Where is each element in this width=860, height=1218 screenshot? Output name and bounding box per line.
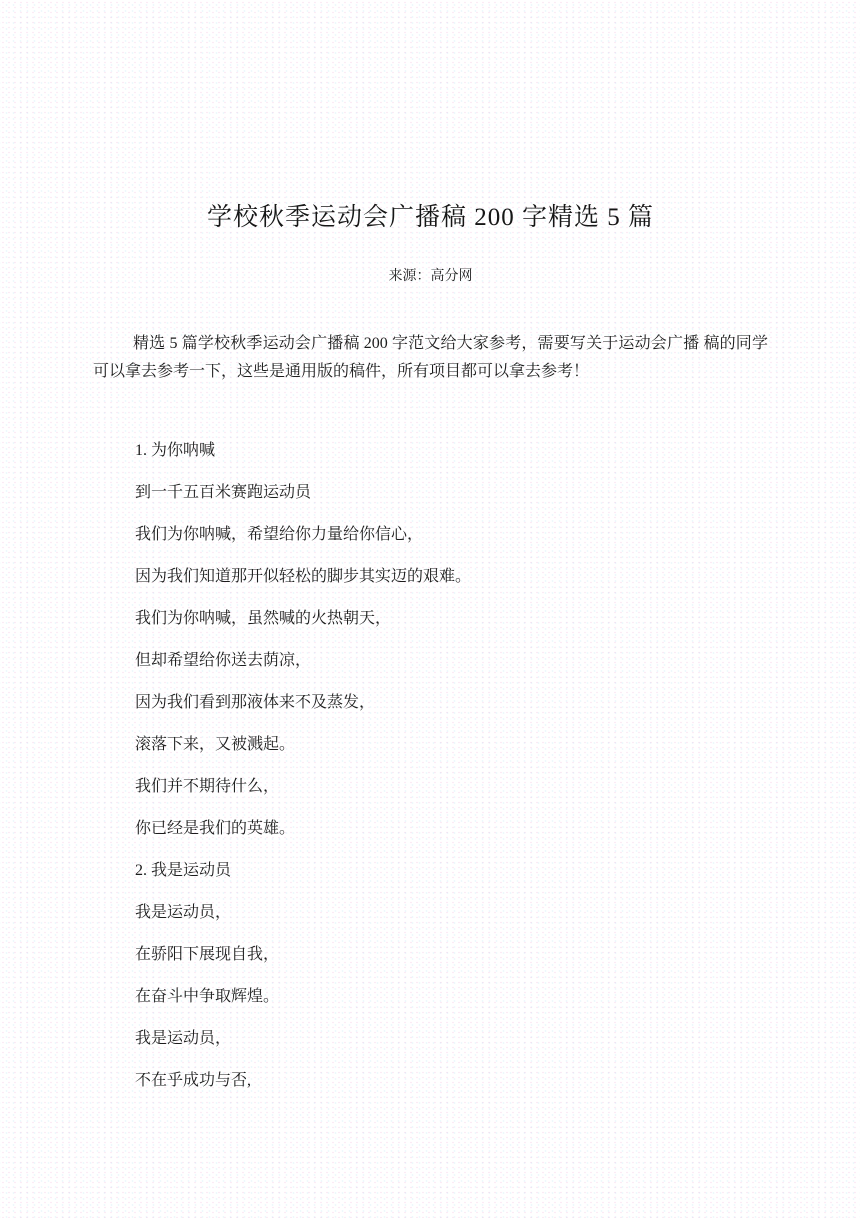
body-line: 到一千五百米赛跑运动员 bbox=[93, 485, 768, 501]
source-line: 来源：高分网 bbox=[93, 269, 768, 285]
body-line: 滚落下来，又被溅起。 bbox=[93, 737, 768, 753]
body-line: 你已经是我们的英雄。 bbox=[93, 821, 768, 837]
body-text: 1. 为你呐喊 到一千五百米赛跑运动员 我们为你呐喊，希望给你力量给你信心， 因… bbox=[93, 443, 768, 1089]
body-line: 我们并不期待什么， bbox=[93, 779, 768, 795]
document-page: 学校秋季运动会广播稿 200 字精选 5 篇 来源：高分网 精选 5 篇学校秋季… bbox=[0, 0, 860, 1218]
body-line: 但却希望给你送去荫凉， bbox=[93, 653, 768, 669]
body-line: 我是运动员， bbox=[93, 905, 768, 921]
body-line: 在骄阳下展现自我， bbox=[93, 947, 768, 963]
intro-paragraph: 精选 5 篇学校秋季运动会广播稿 200 字范文给大家参考，需要写关于运动会广播… bbox=[93, 330, 768, 386]
body-line: 不在乎成功与否, bbox=[93, 1073, 768, 1089]
body-line: 因为我们知道那开似轻松的脚步其实迈的艰难。 bbox=[93, 569, 768, 585]
body-line: 我们为你呐喊，希望给你力量给你信心， bbox=[93, 527, 768, 543]
body-line: 我们为你呐喊，虽然喊的火热朝天， bbox=[93, 611, 768, 627]
page-title: 学校秋季运动会广播稿 200 字精选 5 篇 bbox=[93, 203, 768, 233]
body-line: 我是运动员， bbox=[93, 1031, 768, 1047]
body-line: 因为我们看到那液体来不及蒸发， bbox=[93, 695, 768, 711]
body-line: 1. 为你呐喊 bbox=[93, 443, 768, 459]
body-line: 2. 我是运动员 bbox=[93, 863, 768, 879]
body-line: 在奋斗中争取辉煌。 bbox=[93, 989, 768, 1005]
